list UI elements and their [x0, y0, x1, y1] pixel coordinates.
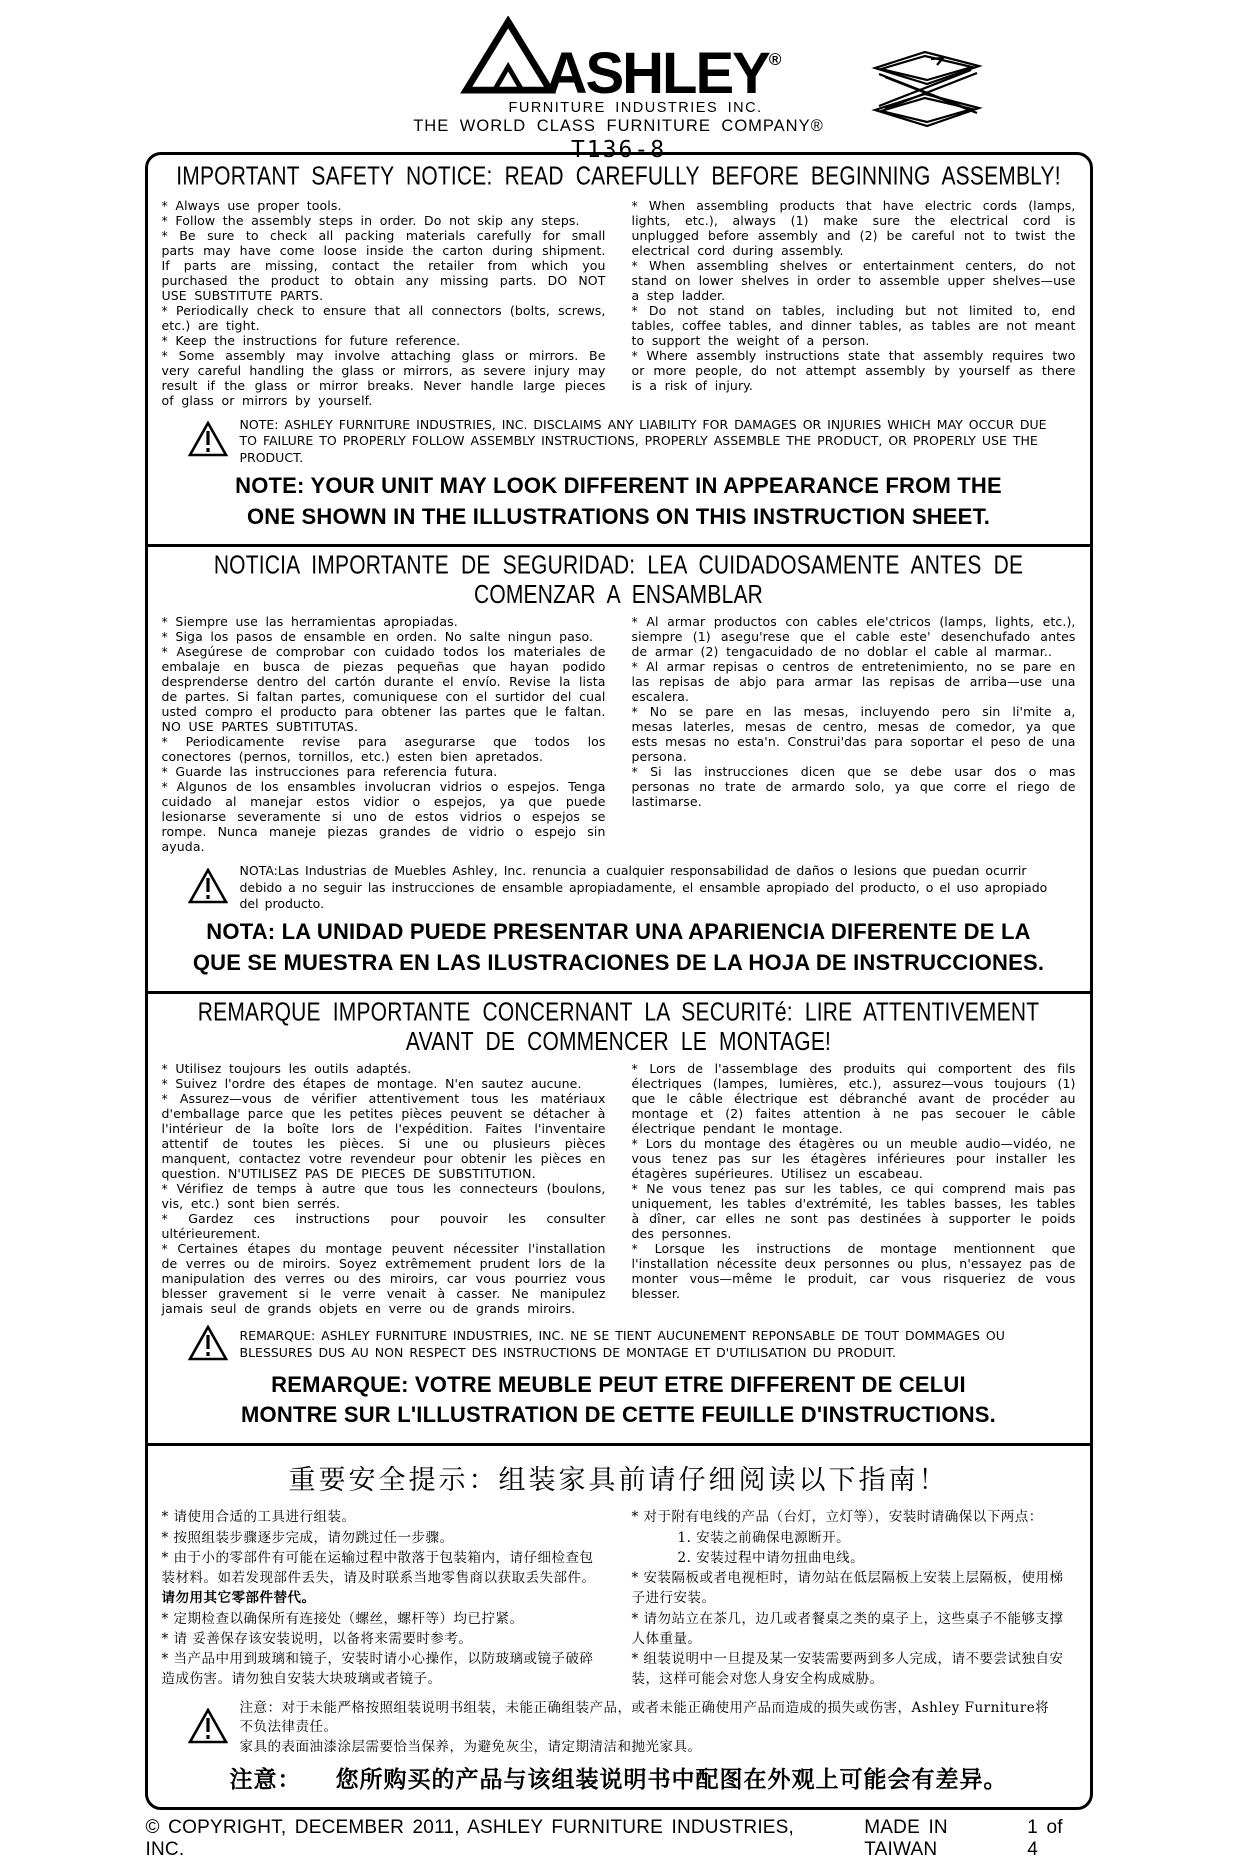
safety-item: * Periodicamente revise para asegurarse …: [162, 734, 606, 764]
safety-item: * Algunos de los ensambles involucran vi…: [162, 779, 606, 854]
safety-item: * Al armar repisas o centros de entreten…: [632, 659, 1076, 704]
chinese-left-column: * 请使用合适的工具进行组装。 * 按照组装步骤逐步完成，请勿跳过任一步骤。 *…: [162, 1507, 606, 1689]
disclaimer-text: NOTA:Las Industrias de Muebles Ashley, I…: [240, 863, 1050, 912]
english-left-column: * Always use proper tools. * Follow the …: [162, 198, 606, 408]
instruction-sheet: ASHLEY® FURNITURE INDUSTRIES INC. THE WO…: [0, 0, 1237, 1861]
safety-item: * Siempre use las herramientas apropiada…: [162, 614, 606, 629]
disclaimer-french: REMARQUE: ASHLEY FURNITURE INDUSTRIES, I…: [188, 1325, 1050, 1365]
disclaimer-english: NOTE: ASHLEY FURNITURE INDUSTRIES, INC. …: [188, 417, 1050, 466]
ashley-logo: ASHLEY® FURNITURE INDUSTRIES INC. THE WO…: [299, 26, 939, 163]
appearance-note-spanish: NOTA: LA UNIDAD PUEDE PRESENTAR UNA APAR…: [162, 917, 1076, 979]
safety-item: * 请 妥善保存该安装说明，以备将来需要时参考。: [162, 1629, 606, 1649]
safety-item: * 安装隔板或者电视柜时，请勿站在低层隔板上安装上层隔板，使用梯子进行安装。: [632, 1568, 1076, 1609]
safety-item: * Lorsque les instructions de montage me…: [632, 1241, 1076, 1301]
safety-item: * 对于附有电线的产品（台灯，立灯等），安装时请确保以下两点：: [632, 1507, 1076, 1527]
safety-item: * Keep the instructions for future refer…: [162, 333, 606, 348]
footer: © COPYRIGHT, DECEMBER 2011, ASHLEY FURNI…: [146, 1817, 1092, 1861]
section-english: IMPORTANT SAFETY NOTICE: READ CAREFULLY …: [148, 155, 1090, 544]
safety-item: * When assembling shelves or entertainme…: [632, 258, 1076, 303]
safety-item: * Vérifiez de temps à autre que tous les…: [162, 1181, 606, 1211]
safety-item: * Utilisez toujours les outils adaptés.: [162, 1061, 606, 1076]
disclaimer-chinese: 注意：对于未能严格按照组装说明书组装，未能正确组装产品，或者未能正确使用产品而造…: [188, 1699, 1050, 1758]
appearance-note-english: NOTE: YOUR UNIT MAY LOOK DIFFERENT IN AP…: [162, 471, 1076, 533]
disclaimer-text: 注意：对于未能严格按照组装说明书组装，未能正确组装产品，或者未能正确使用产品而造…: [240, 1699, 1050, 1738]
care-note-text: 家具的表面油漆涂层需要恰当保养，为避免灰尘，请定期清洁和抛光家具。: [240, 1738, 1050, 1758]
safety-item: * Be sure to check all packing materials…: [162, 228, 606, 303]
safety-subitem: 2. 安装过程中请勿扭曲电线。: [632, 1548, 1076, 1568]
disclaimer-text: REMARQUE: ASHLEY FURNITURE INDUSTRIES, I…: [240, 1328, 1050, 1361]
section-spanish: NOTICIA IMPORTANTE DE SEGURIDAD: LEA CUI…: [148, 547, 1090, 990]
safety-item: * Suivez l'ordre des étapes de montage. …: [162, 1076, 606, 1091]
safety-item: * Follow the assembly steps in order. Do…: [162, 213, 606, 228]
page-number: 1 of 4: [1027, 1817, 1081, 1861]
model-number: T136-8: [299, 137, 939, 163]
disclaimer-text: NOTE: ASHLEY FURNITURE INDUSTRIES, INC. …: [240, 417, 1050, 466]
appearance-note-chinese: 注意：您所购买的产品与该组装说明书中配图在外观上可能会有差异。: [162, 1761, 1076, 1794]
section-chinese: 重要安全提示：组装家具前请仔细阅读以下指南！ * 请使用合适的工具进行组装。 *…: [148, 1446, 1090, 1807]
safety-item: * Always use proper tools.: [162, 198, 606, 213]
safety-notice-box: IMPORTANT SAFETY NOTICE: READ CAREFULLY …: [145, 152, 1093, 1810]
safety-item: * Do not stand on tables, including but …: [632, 303, 1076, 348]
header: ASHLEY® FURNITURE INDUSTRIES INC. THE WO…: [0, 26, 1237, 152]
registered-mark: ®: [769, 50, 780, 69]
safety-item: * When assembling products that have ele…: [632, 198, 1076, 258]
safety-item: * Some assembly may involve attaching gl…: [162, 348, 606, 408]
warning-triangle-icon: [188, 421, 228, 461]
safety-item: * Certaines étapes du montage peuvent né…: [162, 1241, 606, 1316]
warning-triangle-icon: [188, 868, 228, 908]
french-right-column: * Lors de l'assemblage des produits qui …: [632, 1061, 1076, 1316]
section-title-french: REMARQUE IMPORTANTE CONCERNANT LA SECURI…: [162, 998, 1076, 1057]
safety-item: * Gardez ces instructions pour pouvoir l…: [162, 1211, 606, 1241]
safety-item: * 按照组装步骤逐步完成，请勿跳过任一步骤。: [162, 1528, 606, 1548]
safety-item: * Si las instrucciones dicen que se debe…: [632, 764, 1076, 809]
safety-item: * Al armar productos con cables ele'ctri…: [632, 614, 1076, 659]
safety-item: * Ne vous tenez pas sur les tables, ce q…: [632, 1181, 1076, 1241]
made-in-text: MADE IN TAIWAN: [864, 1817, 1027, 1861]
safety-item: * 组装说明中一旦提及某一安装需要两到多人完成，请不要尝试独自安装，这样可能会对…: [632, 1649, 1076, 1690]
french-left-column: * Utilisez toujours les outils adaptés. …: [162, 1061, 606, 1316]
company-line-2: THE WORLD CLASS FURNITURE COMPANY®: [299, 117, 939, 136]
english-right-column: * When assembling products that have ele…: [632, 198, 1076, 408]
warning-triangle-icon: [188, 1708, 228, 1748]
safety-subitem: 1. 安装之前确保电源断开。: [632, 1528, 1076, 1548]
safety-item: * Siga los pasos de ensamble en orden. N…: [162, 629, 606, 644]
chinese-right-column: * 对于附有电线的产品（台灯，立灯等），安装时请确保以下两点： 1. 安装之前确…: [632, 1507, 1076, 1689]
safety-item: * 请勿站立在茶几，边几或者餐桌之类的桌子上，这些桌子不能够支撑人体重量。: [632, 1609, 1076, 1650]
safety-item: * 当产品中用到玻璃和镜子，安装时请小心操作，以防玻璃或镜子破碎造成伤害。请勿独…: [162, 1649, 606, 1690]
warning-triangle-icon: [188, 1325, 228, 1365]
safety-item: * Lors du montage des étagères ou un meu…: [632, 1136, 1076, 1181]
section-title-chinese: 重要安全提示：组装家具前请仔细阅读以下指南！: [162, 1458, 1076, 1497]
appearance-note-french: REMARQUE: VOTRE MEUBLE PEUT ETRE DIFFERE…: [162, 1370, 1076, 1432]
safety-item: * 请使用合适的工具进行组装。: [162, 1507, 606, 1527]
bold-warning-text: 请勿用其它零部件替代。: [162, 1590, 316, 1606]
safety-item: * Lors de l'assemblage des produits qui …: [632, 1061, 1076, 1136]
brand-name: ASHLEY®: [546, 50, 780, 98]
disclaimer-spanish: NOTA:Las Industrias de Muebles Ashley, I…: [188, 863, 1050, 912]
safety-item: * 由于小的零部件有可能在运输过程中散落于包装箱内，请仔细检查包装材料。如若发现…: [162, 1548, 606, 1609]
safety-item: * No se pare en las mesas, incluyendo pe…: [632, 704, 1076, 764]
safety-item: * Guarde las instrucciones para referenc…: [162, 764, 606, 779]
safety-item: * Asegúrese de comprobar con cuidado tod…: [162, 644, 606, 734]
copyright-text: © COPYRIGHT, DECEMBER 2011, ASHLEY FURNI…: [146, 1817, 835, 1861]
safety-item: * 定期检查以确保所有连接处（螺丝，螺杆等）均已拧紧。: [162, 1609, 606, 1629]
section-title-spanish: NOTICIA IMPORTANTE DE SEGURIDAD: LEA CUI…: [162, 552, 1076, 611]
section-title-english: IMPORTANT SAFETY NOTICE: READ CAREFULLY …: [162, 162, 1076, 191]
table-line-art-icon: [867, 48, 985, 136]
section-french: REMARQUE IMPORTANTE CONCERNANT LA SECURI…: [148, 994, 1090, 1444]
safety-item: * Assurez—vous de vérifier attentivement…: [162, 1091, 606, 1181]
spanish-left-column: * Siempre use las herramientas apropiada…: [162, 614, 606, 854]
spanish-right-column: * Al armar productos con cables ele'ctri…: [632, 614, 1076, 854]
safety-item: * Periodically check to ensure that all …: [162, 303, 606, 333]
safety-item: * Where assembly instructions state that…: [632, 348, 1076, 393]
